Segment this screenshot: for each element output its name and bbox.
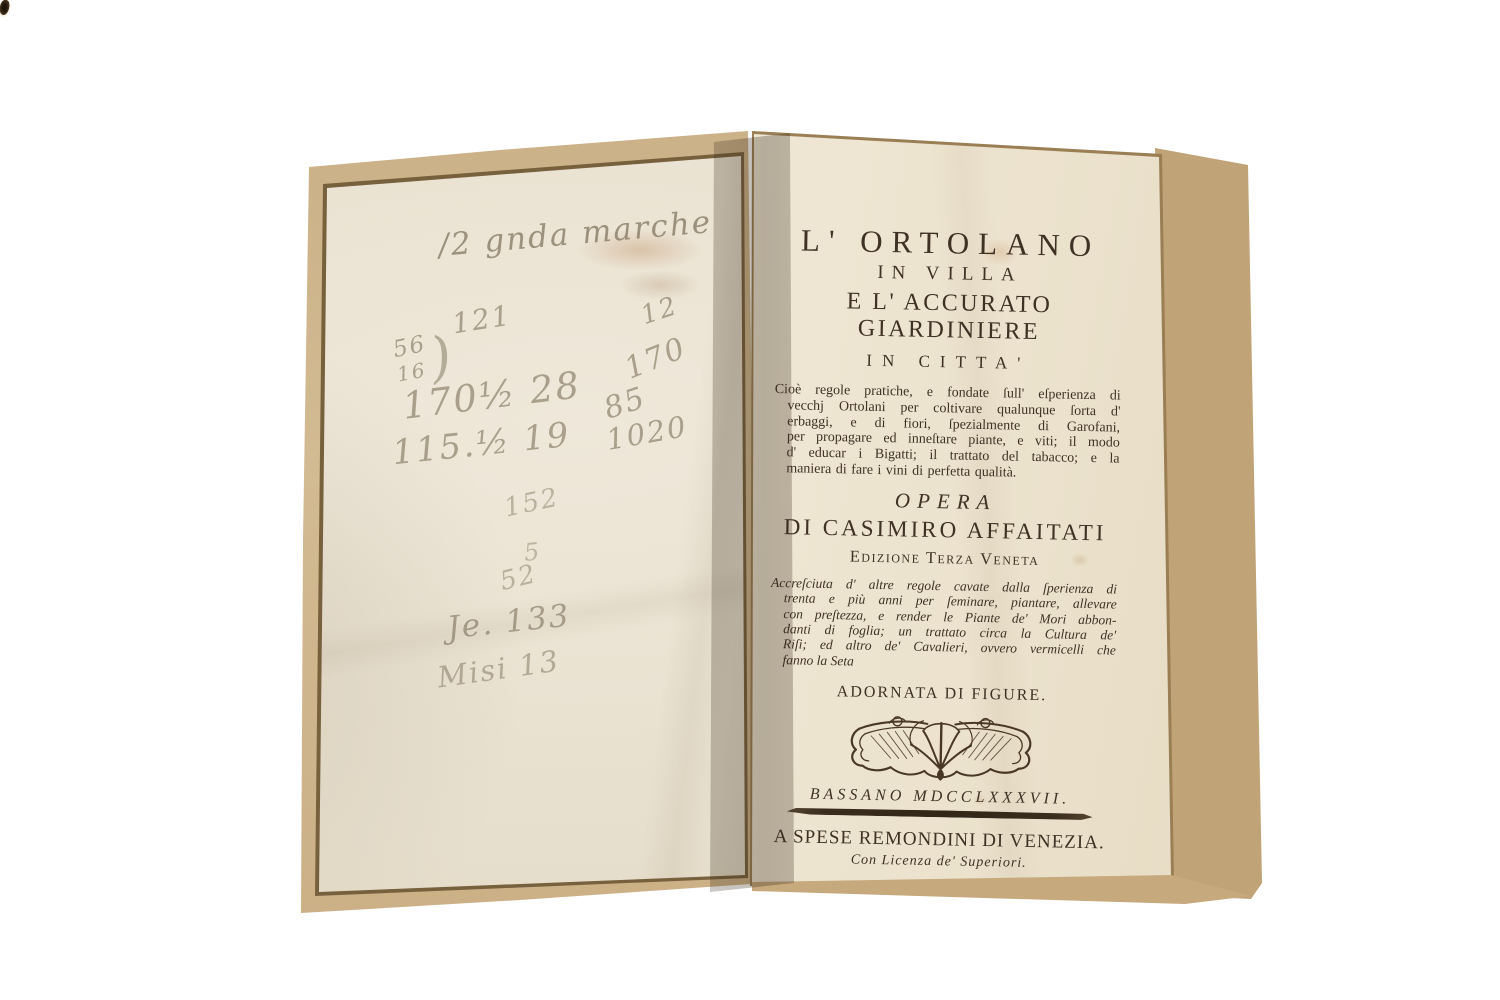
edition-line: Edizione Terza Veneta: [771, 545, 1117, 572]
sewing-hole: [0, 0, 10, 15]
handwritten-annotation: Je. 133: [445, 598, 572, 647]
book-title-line: E L' ACCURATO GIARDINIERE: [776, 287, 1123, 348]
subtitle-paragraph: Cioè regole pratiche, e fondate ſull' eſ…: [773, 382, 1121, 483]
license-line: Con Licenza de' Superiori.: [766, 851, 1112, 874]
handwritten-annotation: 152: [501, 483, 562, 524]
handwritten-annotation: 52: [497, 559, 540, 597]
handwritten-annotation: /2 gnda marche: [437, 204, 713, 264]
ornament-vignette-icon: [844, 712, 1037, 784]
ornament-container: [767, 710, 1114, 785]
title-page-content: L' ORTOLANO IN VILLA E L' ACCURATO GIARD…: [766, 222, 1124, 874]
publisher-line: A SPESE REMONDINI DI VENEZIA.: [766, 826, 1112, 855]
handwritten-annotation: Misi 13: [435, 644, 562, 695]
author-line: DI CASIMIRO AFFAITATI: [772, 514, 1118, 547]
adornata-line: ADORNATA DI FIGURE.: [769, 682, 1115, 707]
imprint-line: BASSANO MDCCLXXXVII.: [767, 785, 1113, 810]
gutter-fold: [0, 0, 1500, 1000]
antique-book-photo: /2 gnda marche 121 12 ) 56 16 170 170½ 2…: [0, 0, 1500, 1000]
edition-note-paragraph: Accreſciuta d' altre regole cavate dalla…: [769, 575, 1117, 674]
book-title-line: L' ORTOLANO: [777, 222, 1124, 265]
swelled-rule-divider: [787, 807, 1093, 820]
handwritten-annotation: 121: [450, 299, 514, 341]
book-title-line: IN VILLA: [777, 260, 1123, 289]
book-title-line: IN CITTA': [775, 349, 1121, 376]
handwritten-annotation: 170: [620, 330, 692, 386]
handwritten-annotation: 12: [637, 291, 682, 331]
opera-label: OPERA: [772, 486, 1118, 518]
